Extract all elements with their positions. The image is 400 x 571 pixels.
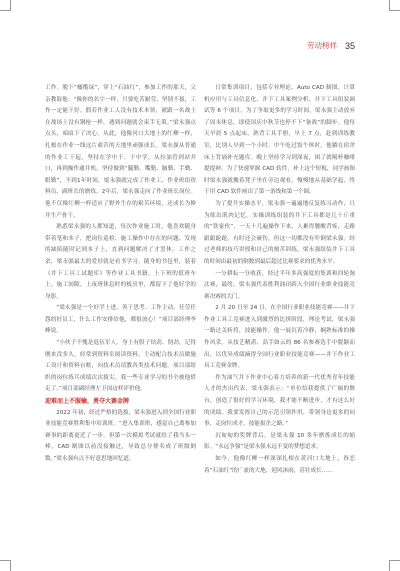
paragraph: “小伙子不愧是退伍军人，身上有股子钻劲、韧劲，记得刚来没多久，经常到资料室阅读资… (45, 338, 196, 396)
crop-mark-bottom-right (389, 560, 400, 571)
page-number: 35 (345, 41, 355, 51)
paragraph: 工作。脱下“橄榄绿”，穿上“石油红”，参加工作的那天，父亲教诲他：“像你的名字一… (45, 83, 196, 222)
page-header: 劳动榜样 35 (307, 40, 355, 51)
paragraph: “梁永强是一个好学上进、善于思考、工作主动、任劳任怨的好员工，什么工作安排给他，… (45, 303, 196, 338)
crop-mark-top-right (389, 0, 400, 11)
paragraph: 一分耕耘一分收获，经过半年多高强度的集训和四轮淘汰赛，最终，梁永强代表胜利油田跨… (204, 269, 355, 304)
paragraph: 2 月 20 日至 24 日，在全国行业职业技能竞赛——井下作业工具工竞赛进入到… (204, 303, 355, 373)
crop-mark-top-left (0, 0, 11, 11)
section-heading: 迎难而上不服输，勇夺大赛金牌 (45, 396, 196, 408)
paragraph: 日常集训项目，包括专业理论、Auto CAD 制图、计算机应用与工具信息化、井下… (204, 83, 355, 199)
paragraph: 作为油气井下作业中心着力培养的新一代优秀青年技能人才的杰出代表，梁永强表示：“单… (204, 373, 355, 431)
paragraph: 2022 年初，经过严格的选拔，梁永强进入到全国行业职业技能竞赛胜利集中培训班。… (45, 408, 196, 466)
right-column: 日常集训项目，包括专业理论、Auto CAD 制图、计算机应用与工具信息化、井下… (204, 83, 355, 477)
paragraph: 沉甸甸的奖牌背后，是梁永强 10 多年磨炼成长的缩影。“永远争强”是梁永强永远不… (204, 431, 355, 454)
crop-mark-bottom-left (0, 560, 11, 571)
paragraph: 为了提升实操水平，梁永强一遍遍地反复练习动作，只为练出肌肉记忆。实操训练组装的井… (204, 199, 355, 269)
paragraph: 如今，他像红柳一样深深扎根在黄河口大地上，眷恋着“石油红”的广袤的大地，迎风沐雨… (204, 454, 355, 477)
column-title: 劳动榜样 (307, 40, 337, 51)
paragraph: 熟悉梁永强的人都知道，每次作业施工时，他喜欢随身带着笔和本子，把岗位巡检、施工操… (45, 222, 196, 303)
left-column: 工作。脱下“橄榄绿”，穿上“石油红”，参加工作的那天，父亲教诲他：“像你的名字一… (45, 83, 196, 466)
